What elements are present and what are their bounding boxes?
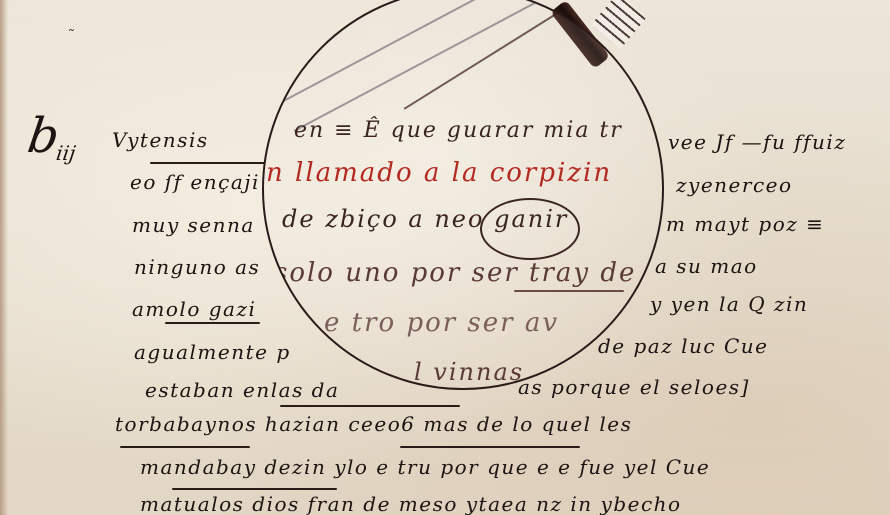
margin-folio-mark: biij: [24, 108, 82, 165]
manuscript-line-2-right: zyenerceo: [676, 173, 793, 197]
manuscript-line-1-right: vee Jf —fu ffuiz: [668, 130, 846, 154]
manuscript-line-4: ninguno as: [134, 255, 260, 279]
underline-stroke: [280, 405, 460, 407]
magnified-line-4: solo uno por ser tray de: [274, 258, 636, 288]
underline-stroke: [514, 290, 624, 292]
manuscript-line-7-right: as porque el seloes]: [518, 375, 750, 399]
underline-stroke: [120, 446, 250, 448]
manuscript-line-3-right: m mayt poz ≡: [666, 212, 824, 236]
manuscript-line-5: amolo gazi: [132, 297, 256, 321]
page-binding-edge: [0, 0, 8, 515]
manuscript-page: ˜ biij Vytensis vee Jf —fu ffuiz eo ſf e…: [0, 0, 890, 515]
underline-stroke: [150, 162, 265, 164]
ink-dot: ˜: [68, 28, 75, 44]
lens-reflection: [274, 0, 504, 106]
underline-stroke: [172, 488, 337, 490]
manuscript-line-6-right: de paz luc Cue: [598, 334, 768, 358]
magnified-line-2-red: n llamado a la corpizin: [266, 158, 612, 188]
manuscript-line-4-right: a su mao: [655, 254, 758, 278]
manuscript-line-2: eo ſf ençaji: [130, 170, 260, 194]
manuscript-line-8: torbabaynos hazian ceeo6 mas de lo quel …: [115, 412, 632, 436]
manuscript-line-5-right: y yen la Q zin: [650, 292, 808, 316]
circled-word: [480, 198, 580, 260]
magnified-line-1: en ≡ Ê que guarar mia tr: [294, 118, 623, 143]
underline-stroke: [400, 446, 580, 448]
manuscript-line-7: estaban enlas da: [145, 378, 339, 402]
manuscript-line-10: matualos dios fran de meso ytaea nz in y…: [140, 492, 682, 515]
manuscript-line-3: muy senna: [132, 213, 255, 237]
manuscript-line-1: Vytensis: [112, 128, 209, 152]
underline-stroke: [165, 322, 260, 324]
magnified-line-6: l vinnas: [414, 358, 524, 386]
manuscript-line-6: agualmente p: [134, 340, 291, 364]
manuscript-line-9: mandabay dezin ylo e tru por que e e fue…: [140, 455, 710, 479]
magnifying-glass-lens: en ≡ Ê que guarar mia tr n llamado a la …: [262, 0, 664, 390]
magnified-line-5: e tro por ser av: [324, 308, 559, 338]
